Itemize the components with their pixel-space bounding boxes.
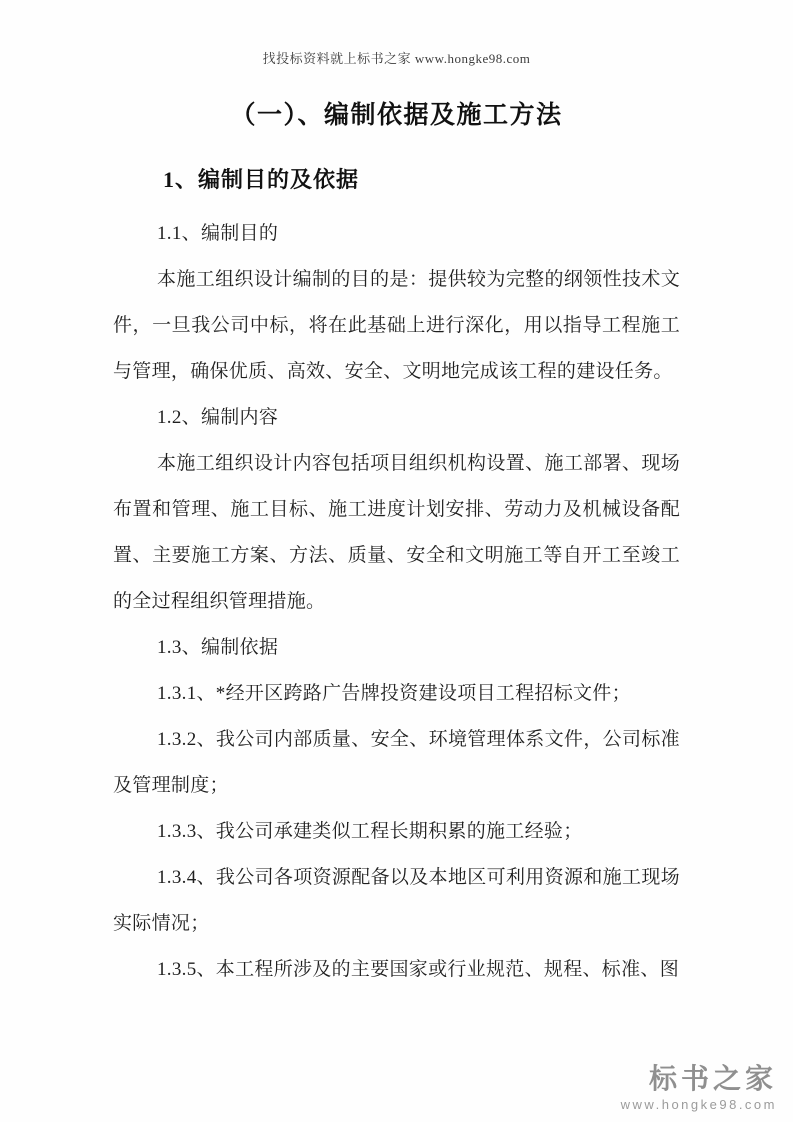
- list-item-1-3-5: 1.3.5、本工程所涉及的主要国家或行业规范、规程、标准、图: [113, 947, 680, 993]
- subsection-title-1-3: 1.3、编制依据: [113, 625, 680, 671]
- document-body: 1、编制目的及依据 1.1、编制目的 本施工组织设计编制的目的是：提供较为完整的…: [113, 159, 680, 993]
- list-item-1-3-1: 1.3.1、*经开区跨路广告牌投资建设项目工程招标文件；: [113, 671, 680, 717]
- paragraph-purpose-body: 本施工组织设计编制的目的是：提供较为完整的纲领性技术文件，一旦我公司中标，将在此…: [113, 257, 680, 395]
- watermark-url-text: www.hongke98.com: [621, 1098, 777, 1112]
- watermark-brand-text: 标书之家: [621, 1064, 777, 1095]
- page-header-note: 找投标资料就上标书之家 www.hongke98.com: [0, 48, 793, 67]
- list-item-1-3-2: 1.3.2、我公司内部质量、安全、环境管理体系文件，公司标准及管理制度；: [113, 717, 680, 809]
- paragraph-content-body: 本施工组织设计内容包括项目组织机构设置、施工部署、现场布置和管理、施工目标、施工…: [113, 441, 680, 625]
- list-item-1-3-4: 1.3.4、我公司各项资源配备以及本地区可利用资源和施工现场实际情况；: [113, 855, 680, 947]
- list-item-1-3-3: 1.3.3、我公司承建类似工程长期积累的施工经验；: [113, 809, 680, 855]
- subsection-title-1-2: 1.2、编制内容: [113, 395, 680, 441]
- section-heading: 1、编制目的及依据: [113, 159, 680, 201]
- document-page: 找投标资料就上标书之家 www.hongke98.com （一）、编制依据及施工…: [0, 0, 793, 1122]
- document-title: （一）、编制依据及施工方法: [0, 95, 793, 131]
- watermark: 标书之家 www.hongke98.com: [621, 1064, 777, 1112]
- subsection-title-1-1: 1.1、编制目的: [113, 211, 680, 257]
